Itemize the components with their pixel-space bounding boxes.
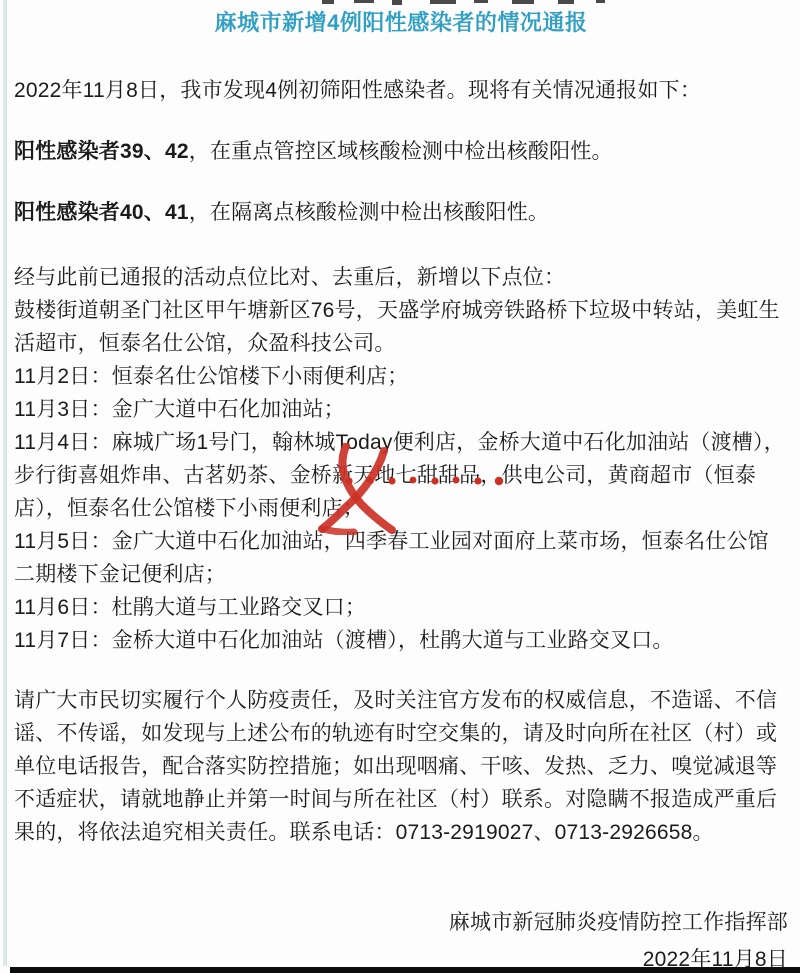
point-line-nov3: 11月3日：金广大道中石化加油站； bbox=[14, 393, 788, 426]
case-label-bold: 阳性感染者39、42 bbox=[14, 140, 189, 163]
activity-points-block: 经与此前已通报的活动点位比对、去重后，新增以下点位： 鼓楼街道朝圣门社区甲午塘新… bbox=[14, 261, 788, 657]
point-line-nov2: 11月2日：恒泰名仕公馆楼下小雨便利店； bbox=[14, 360, 788, 393]
case-detail: ，在隔离点核酸检测中检出核酸阳性。 bbox=[189, 201, 549, 224]
intro-paragraph: 2022年11月8日，我市发现4例初筛阳性感染者。现将有关情况通报如下： bbox=[14, 74, 788, 107]
case-paragraph-40-41: 阳性感染者40、41，在隔离点核酸检测中检出核酸阳性。 bbox=[14, 196, 788, 229]
points-intro-line: 经与此前已通报的活动点位比对、去重后，新增以下点位： bbox=[14, 261, 788, 294]
points-general-line: 鼓楼街道朝圣门社区甲午塘新区76号，天盛学府城旁铁路桥下垃圾中转站，美虹生活超市… bbox=[14, 294, 788, 360]
signature-block: 麻城市新冠肺炎疫情防控工作指挥部 2022年11月8日 bbox=[14, 904, 788, 973]
closing-paragraph: 请广大市民切实履行个人防疫责任，及时关注官方发布的权威信息，不造谣、不信谣、不传… bbox=[14, 684, 788, 849]
document-body: 麻城市新增4例阳性感染者的情况通报 2022年11月8日，我市发现4例初筛阳性感… bbox=[0, 0, 800, 973]
left-edge-strip bbox=[3, 0, 7, 966]
notice-document: 麻城市新增4例阳性感染者的情况通报 2022年11月8日，我市发现4例初筛阳性感… bbox=[0, 0, 800, 973]
case-detail: ，在重点管控区域核酸检测中检出核酸阳性。 bbox=[189, 140, 613, 163]
page-title: 麻城市新增4例阳性感染者的情况通报 bbox=[14, 0, 788, 37]
signature-organization: 麻城市新冠肺炎疫情防控工作指挥部 bbox=[14, 904, 788, 941]
point-line-nov5: 11月5日：金广大道中石化加油站，四季春工业园对面府上菜市场，恒泰名仕公馆二期楼… bbox=[14, 525, 788, 591]
point-line-nov4: 11月4日：麻城广场1号门，翰林城Today便利店，金桥大道中石化加油站（渡槽）… bbox=[14, 426, 788, 525]
bottom-black-bar bbox=[10, 967, 800, 973]
point-line-nov7: 11月7日：金桥大道中石化加油站（渡槽），杜鹃大道与工业路交叉口。 bbox=[14, 624, 788, 657]
case-label-bold: 阳性感染者40、41 bbox=[14, 201, 189, 224]
point-line-nov6: 11月6日：杜鹃大道与工业路交叉口； bbox=[14, 591, 788, 624]
case-paragraph-39-42: 阳性感染者39、42，在重点管控区域核酸检测中检出核酸阳性。 bbox=[14, 135, 788, 168]
